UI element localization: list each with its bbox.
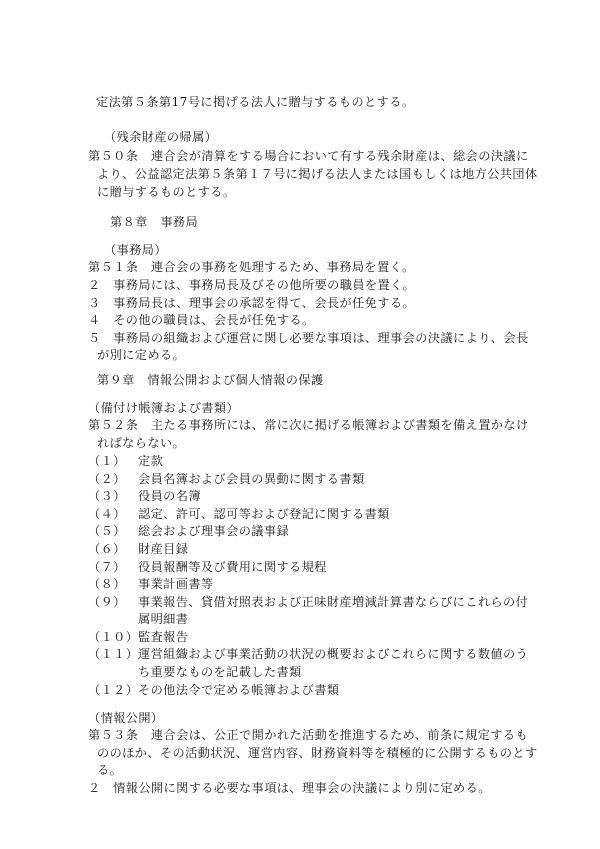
list-item-text: 認定、許可、認可等および登記に関する書類 xyxy=(138,507,390,521)
list-item-text: 監査報告 xyxy=(138,630,188,644)
text-line: 第５２条 主たる事務所には、常に次に掲げる帳簿および書類を備え置かなけ xyxy=(88,418,529,432)
list-item: （１１）運営組織および事業活動の状況の概要およびこれらに関する数値のう xyxy=(88,647,528,661)
list-item-text: 役員の名簿 xyxy=(138,489,201,503)
list-item-number: （２） xyxy=(88,472,138,486)
list-item: （６）財産目録 xyxy=(88,542,188,556)
list-item-number: （１１） xyxy=(88,647,138,661)
list-item-number: （６） xyxy=(88,542,138,556)
list-item-text: 財産目録 xyxy=(138,542,188,556)
list-item-text: その他法令で定める帳簿および書類 xyxy=(138,683,339,697)
text-line: ２ 情報公開に関する必要な事項は、理事会の決議により別に定める。 xyxy=(88,781,491,795)
list-item: （９）事業報告、貸借対照表および正味財産増減計算書ならびにこれらの付 xyxy=(88,595,528,609)
list-item: （５）総会および理事会の議事録 xyxy=(88,524,289,538)
list-item-number: （１） xyxy=(88,454,138,468)
text-line: 第５３条 連合会は、公正で開かれた活動を推進するため、前条に規定するも xyxy=(88,728,528,742)
list-item-number: （４） xyxy=(88,507,138,521)
text-line: 第５１条 連合会の事務を処理するため、事務局を置く。 xyxy=(88,260,415,274)
list-item-text: 属明細書 xyxy=(138,612,188,626)
list-item: 属明細書 xyxy=(88,612,188,626)
text-line: ２ 事務局には、事務局長及びその他所要の職員を置く。 xyxy=(88,278,415,292)
list-item-text: 定款 xyxy=(138,454,163,468)
text-line: 第９章 情報公開および個人情報の保護 xyxy=(97,373,324,387)
list-item-number: （３） xyxy=(88,489,138,503)
text-line: る。 xyxy=(97,763,122,777)
list-item-text: 役員報酬等及び費用に関する規程 xyxy=(138,560,327,574)
text-line: 第８章 事務局 xyxy=(110,215,198,229)
list-item-number: （１０） xyxy=(88,630,138,644)
text-line: （備付け帳簿および書類） xyxy=(88,401,239,415)
list-item-number: （５） xyxy=(88,524,138,538)
list-item-number: （９） xyxy=(88,595,138,609)
text-line: （事務局） xyxy=(104,243,167,257)
list-item-text: 運営組織および事業活動の状況の概要およびこれらに関する数値のう xyxy=(138,647,528,661)
text-line: が別に定める。 xyxy=(97,348,185,362)
list-item: （７）役員報酬等及び費用に関する規程 xyxy=(88,560,327,574)
list-item: （８）事業計画書等 xyxy=(88,577,214,591)
list-item: （３）役員の名簿 xyxy=(88,489,201,503)
text-line: ４ その他の職員は、会長が任免する。 xyxy=(88,313,315,327)
text-line: に贈与するものとする。 xyxy=(97,185,235,199)
text-line: より、公益認定法第５条第１７号に掲げる法人または国もしくは地方公共団体 xyxy=(97,167,538,181)
list-item: ち重要なものを記載した書類 xyxy=(88,665,302,679)
document-page: 定法第５条第17号に掲げる法人に贈与するものとする。（残余財産の帰属）第５０条 … xyxy=(0,0,600,849)
list-item-number: （７） xyxy=(88,560,138,574)
text-line: ５ 事務局の組織および運営に関し必要な事項は、理事会の決議により、会長 xyxy=(88,331,529,345)
list-item-number: （１２） xyxy=(88,683,138,697)
list-item-text: ち重要なものを記載した書類 xyxy=(138,665,302,679)
list-item: （１）定款 xyxy=(88,454,163,468)
list-item-text: 会員名簿および会員の異動に関する書類 xyxy=(138,472,365,486)
text-line: （情報公開） xyxy=(88,711,164,725)
text-line: ればならない。 xyxy=(97,436,185,450)
list-item-text: 事業報告、貸借対照表および正味財産増減計算書ならびにこれらの付 xyxy=(138,595,528,609)
text-line: （残余財産の帰属） xyxy=(104,130,217,144)
list-item: （１２）その他法令で定める帳簿および書類 xyxy=(88,683,339,697)
text-line: 第５０条 連合会が清算をする場合において有する残余財産は、総会の決議に xyxy=(88,149,529,163)
text-line: ３ 事務局長は、理事会の承認を得て、会長が任免する。 xyxy=(88,296,415,310)
list-item: （２）会員名簿および会員の異動に関する書類 xyxy=(88,472,365,486)
text-line: ののほか、その活動状況、運営内容、財務資料等を積極的に公開するものとす xyxy=(97,746,538,760)
list-item-text: 総会および理事会の議事録 xyxy=(138,524,289,538)
list-item-number: （８） xyxy=(88,577,138,591)
list-item: （１０）監査報告 xyxy=(88,630,188,644)
list-item-text: 事業計画書等 xyxy=(138,577,214,591)
text-line: 定法第５条第17号に掲げる法人に贈与するものとする。 xyxy=(96,95,414,109)
list-item: （４）認定、許可、認可等および登記に関する書類 xyxy=(88,507,390,521)
